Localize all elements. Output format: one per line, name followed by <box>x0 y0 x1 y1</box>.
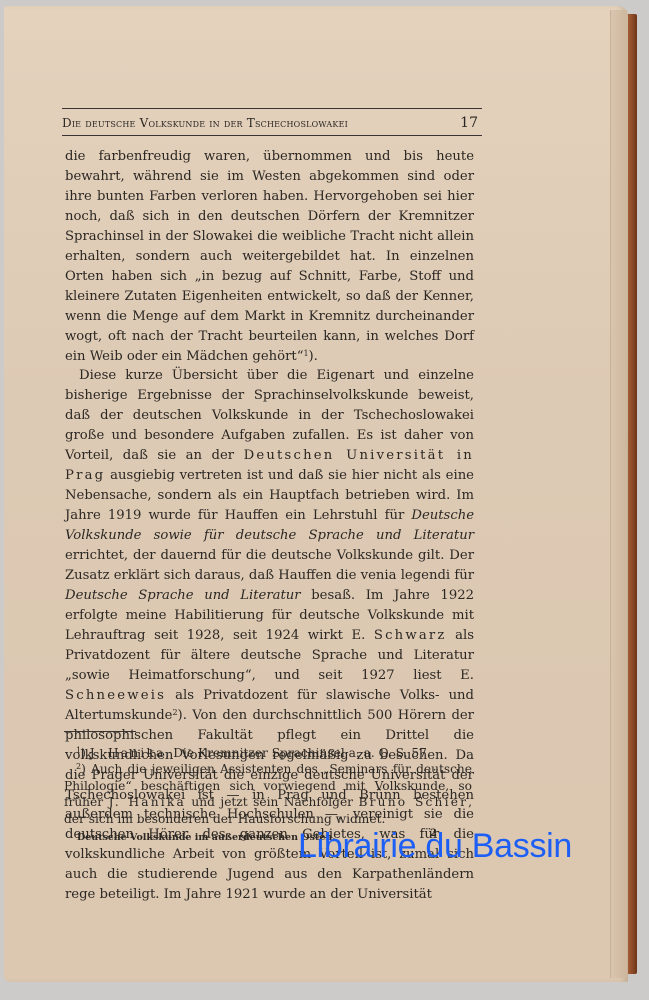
footnote-1: 1) J. Hanika, Die Kremnitzer Sprachinsel… <box>64 745 472 761</box>
watermark: Librairie du Bassin <box>298 827 572 866</box>
header-rule-top <box>62 108 482 109</box>
spaced-name: Schwarz <box>374 628 447 643</box>
footnote-rule <box>64 731 136 732</box>
signature-line: Deutsche Volkskunde im außerdeutschen Os… <box>77 832 336 843</box>
footnote-2: 2) Auch die jeweiligen Assistenten des „… <box>64 761 472 827</box>
spaced-name: Schneeweis <box>65 688 166 703</box>
page-stack-edge <box>610 10 627 978</box>
italic-emphasis: Deutsche Sprache und Literatur <box>65 588 301 603</box>
header-rule-bottom <box>62 135 482 136</box>
running-head: Die deutsche Volkskunde in der Tschechos… <box>62 108 482 136</box>
footnotes: 1) J. Hanika, Die Kremnitzer Sprachinsel… <box>64 745 472 827</box>
page-number: 17 <box>460 115 478 131</box>
running-head-title: Die deutsche Volkskunde in der Tschechos… <box>62 116 348 130</box>
paragraph-1: die farbenfreudig waren, übernommen und … <box>65 147 474 366</box>
